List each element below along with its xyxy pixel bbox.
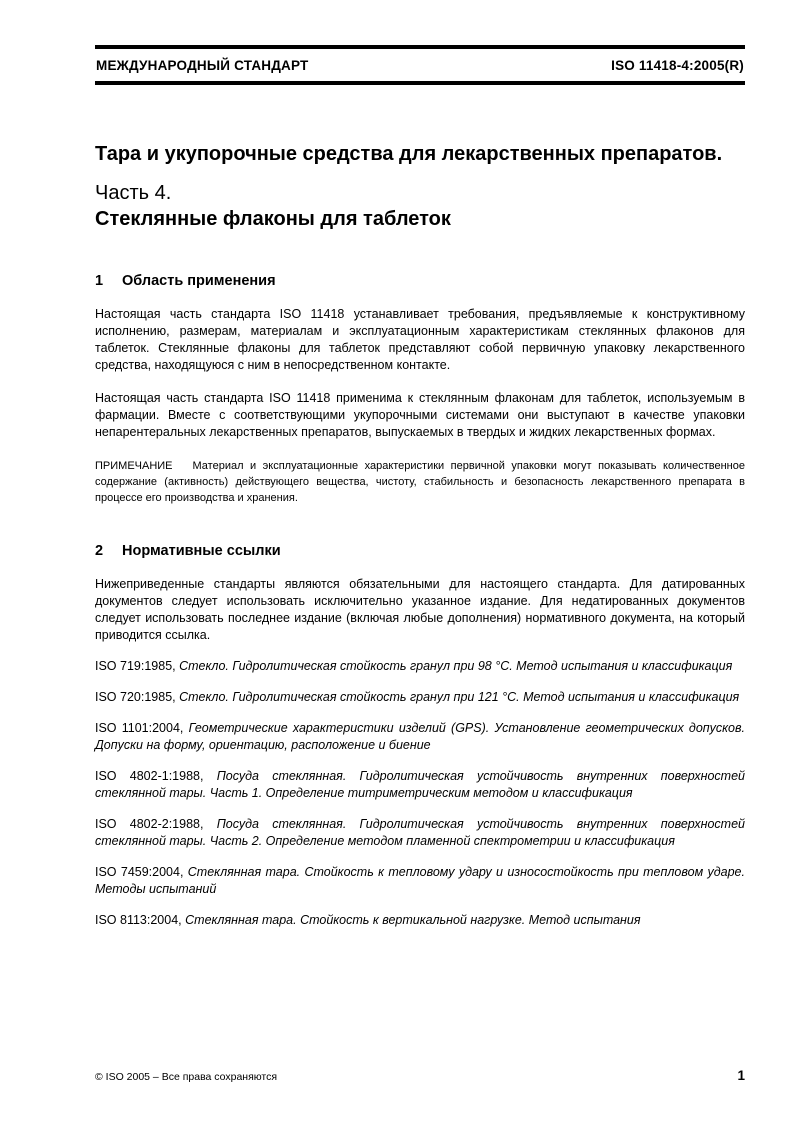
header-standard-number: ISO 11418-4:2005(R) [611,58,744,73]
document-part: Часть 4. [95,181,745,205]
section-heading-scope: 1Область применения [95,272,745,290]
note-label: ПРИМЕЧАНИЕ [95,460,173,472]
scope-paragraph: Настоящая часть стандарта ISO 11418 уста… [95,306,745,374]
reference-code: ISO 4802-1:1988, [95,769,203,783]
header-row: МЕЖДУНАРОДНЫЙ СТАНДАРТ ISO 11418-4:2005(… [95,49,745,81]
reference-code: ISO 1101:2004, [95,721,183,735]
document-subtitle: Стеклянные флаконы для таблеток [95,206,745,232]
copyright-notice: © ISO 2005 – Все права сохраняются [95,1071,277,1083]
document-page: МЕЖДУНАРОДНЫЙ СТАНДАРТ ISO 11418-4:2005(… [0,0,793,1122]
reference-title: Стеклянная тара. Стойкость к тепловому у… [95,865,745,896]
reference-item: ISO 1101:2004, Геометрические характерис… [95,720,745,754]
reference-title: Стеклянная тара. Стойкость к вертикально… [185,913,640,927]
section-number: 1 [95,272,122,290]
note-text: Материал и эксплуатационные характеристи… [95,460,745,504]
section-title: Нормативные ссылки [122,543,281,559]
reference-code: ISO 8113:2004, [95,913,182,927]
header-rule-bottom [95,81,745,85]
page-number: 1 [737,1068,745,1083]
reference-item: ISO 4802-2:1988, Посуда стеклянная. Гидр… [95,816,745,850]
page-content: МЕЖДУНАРОДНЫЙ СТАНДАРТ ISO 11418-4:2005(… [95,0,745,929]
section-title: Область применения [122,273,276,289]
document-title: Тара и укупорочные средства для лекарств… [95,141,745,168]
section-heading-normative-references: 2Нормативные ссылки [95,542,745,560]
note-paragraph: ПРИМЕЧАНИЕМатериал и эксплуатационные ха… [95,458,745,506]
reference-code: ISO 7459:2004, [95,865,183,879]
reference-title: Геометрические характеристики изделий (G… [95,721,745,752]
reference-item: ISO 720:1985, Стекло. Гидролитическая ст… [95,689,745,706]
scope-paragraph: Настоящая часть стандарта ISO 11418 прим… [95,390,745,441]
reference-item: ISO 8113:2004, Стеклянная тара. Стойкост… [95,912,745,929]
page-footer: © ISO 2005 – Все права сохраняются 1 [95,1068,745,1083]
reference-item: ISO 4802-1:1988, Посуда стеклянная. Гидр… [95,768,745,802]
page-header: МЕЖДУНАРОДНЫЙ СТАНДАРТ ISO 11418-4:2005(… [95,45,745,85]
reference-title: Стекло. Гидролитическая стойкость гранул… [179,690,739,704]
reference-code: ISO 4802-2:1988, [95,817,203,831]
reference-item: ISO 719:1985, Стекло. Гидролитическая ст… [95,658,745,675]
header-document-type: МЕЖДУНАРОДНЫЙ СТАНДАРТ [96,58,308,73]
section-number: 2 [95,542,122,560]
reference-code: ISO 720:1985, [95,690,176,704]
reference-code: ISO 719:1985, [95,659,176,673]
normative-references-intro: Нижеприведенные стандарты являются обяза… [95,576,745,644]
reference-title: Стекло. Гидролитическая стойкость гранул… [179,659,732,673]
reference-item: ISO 7459:2004, Стеклянная тара. Стойкост… [95,864,745,898]
